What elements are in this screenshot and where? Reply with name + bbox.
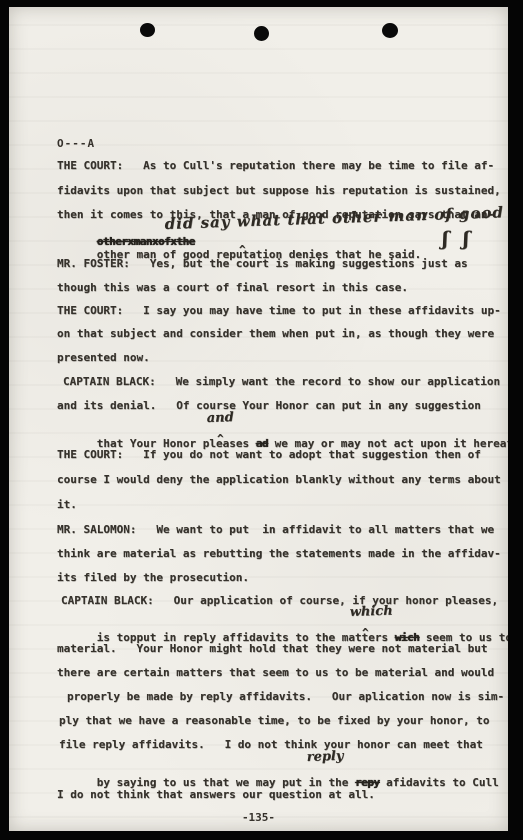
- handwritten-insertion: reply: [306, 749, 343, 765]
- binder-hole-dot: [382, 23, 398, 38]
- transcript-line: on that subject and consider them when p…: [57, 327, 494, 341]
- transcript-line-corrected: is topput in reply affidavits to the mat…: [57, 618, 508, 632]
- scan-edge-bottom: [0, 831, 523, 840]
- scan-edge-top: [0, 0, 523, 7]
- transcript-line: fidavits upon that subject but suppose h…: [57, 184, 501, 198]
- line-text: it.: [57, 498, 77, 511]
- line-text: think are material as rebutting the stat…: [57, 547, 501, 560]
- transcript-line: MR. FOSTER: Yes, but the court is making…: [57, 257, 468, 271]
- transcript-line: THE COURT: As to Cull's reputation there…: [57, 159, 494, 173]
- transcript-line: THE COURT: If you do not want to adopt t…: [57, 448, 481, 462]
- handwritten-insertion: and: [206, 410, 233, 426]
- scan-edge-right: [508, 0, 523, 840]
- transcript-line: material. Your Honor might hold that the…: [57, 642, 487, 656]
- paper-sheet: O---A THE COURT: As to Cull's reputation…: [9, 7, 508, 831]
- line-text: and its denial. Of course Your Honor can…: [57, 399, 481, 412]
- line-text: MR. SALOMON: We want to put in affidavit…: [57, 523, 494, 536]
- line-text: on that subject and consider them when p…: [57, 327, 494, 340]
- transcript-line: properly be made by reply affidavits. Ou…: [67, 690, 504, 704]
- transcript-line: CAPTAIN BLACK: We simply want the record…: [63, 375, 500, 389]
- line-text: CAPTAIN BLACK: We simply want the record…: [63, 375, 500, 388]
- page-number: -135-: [9, 811, 508, 824]
- transcript-line: and its denial. Of course Your Honor can…: [57, 399, 481, 413]
- transcript-line: there are certain matters that seem to u…: [57, 666, 494, 680]
- transcript-line: presented now.: [57, 351, 150, 365]
- line-text: material. Your Honor might hold that the…: [57, 642, 487, 655]
- handwritten-insertion: which: [349, 604, 392, 620]
- corner-label: O---A: [57, 137, 95, 150]
- line-text: its filed by the prosecution.: [57, 571, 249, 584]
- transcript-line: ply that we have a reasonable time, to b…: [59, 714, 489, 728]
- transcript-line: MR. SALOMON: We want to put in affidavit…: [57, 523, 494, 537]
- transcript-line: think are material as rebutting the stat…: [57, 547, 501, 561]
- transcript-line: it.: [57, 498, 77, 512]
- binder-hole-dot: [254, 26, 269, 41]
- transcript-line-corrected: that Your Honor pleases ad we may or may…: [57, 424, 508, 438]
- line-text: I do not think that answers our question…: [57, 788, 375, 801]
- line-text: there are certain matters that seem to u…: [57, 666, 494, 679]
- transcript-line: file reply affidavits. I do not think yo…: [59, 738, 483, 752]
- line-text: CAPTAIN BLACK: Our application of course…: [61, 594, 498, 607]
- scanned-transcript-page: O---A THE COURT: As to Cull's reputation…: [0, 0, 523, 840]
- insertion-caret: ^: [239, 243, 246, 256]
- line-text: MR. FOSTER: Yes, but the court is making…: [57, 257, 468, 270]
- transcript-line: THE COURT: I say you may have time to pu…: [57, 304, 501, 318]
- line-text: though this was a court of final resort …: [57, 281, 408, 294]
- scan-edge-left: [0, 0, 9, 840]
- binder-hole-dot: [140, 23, 155, 37]
- line-text: THE COURT: As to Cull's reputation there…: [57, 159, 494, 172]
- line-text: course I would deny the application blan…: [57, 473, 501, 486]
- insertion-caret: ^: [217, 432, 224, 445]
- transcript-line: other man of good reputation denies that…: [57, 235, 421, 249]
- transcript-line: though this was a court of final resort …: [57, 281, 408, 295]
- line-text: THE COURT: I say you may have time to pu…: [57, 304, 501, 317]
- transcript-line: course I would deny the application blan…: [57, 473, 501, 487]
- transcript-line-corrected: by saying to us that we may put in the r…: [57, 763, 499, 777]
- transcript-line: CAPTAIN BLACK: Our application of course…: [61, 594, 498, 608]
- line-text: afidavits to Cull: [380, 776, 499, 789]
- transcript-line-corrected: otherxmanxofxthe did say what that other…: [57, 222, 195, 236]
- transcript-line: I do not think that answers our question…: [57, 788, 375, 802]
- line-text: fidavits upon that subject but suppose h…: [57, 184, 501, 197]
- handwritten-insert-marks: ʃ ʃ: [442, 228, 473, 250]
- line-text: THE COURT: If you do not want to adopt t…: [57, 448, 481, 461]
- insertion-caret: ^: [362, 626, 369, 639]
- line-text: presented now.: [57, 351, 150, 364]
- line-text: ply that we have a reasonable time, to b…: [59, 714, 489, 727]
- line-text: file reply affidavits. I do not think yo…: [59, 738, 483, 751]
- transcript-line: its filed by the prosecution.: [57, 571, 249, 585]
- line-text: properly be made by reply affidavits. Ou…: [67, 690, 504, 703]
